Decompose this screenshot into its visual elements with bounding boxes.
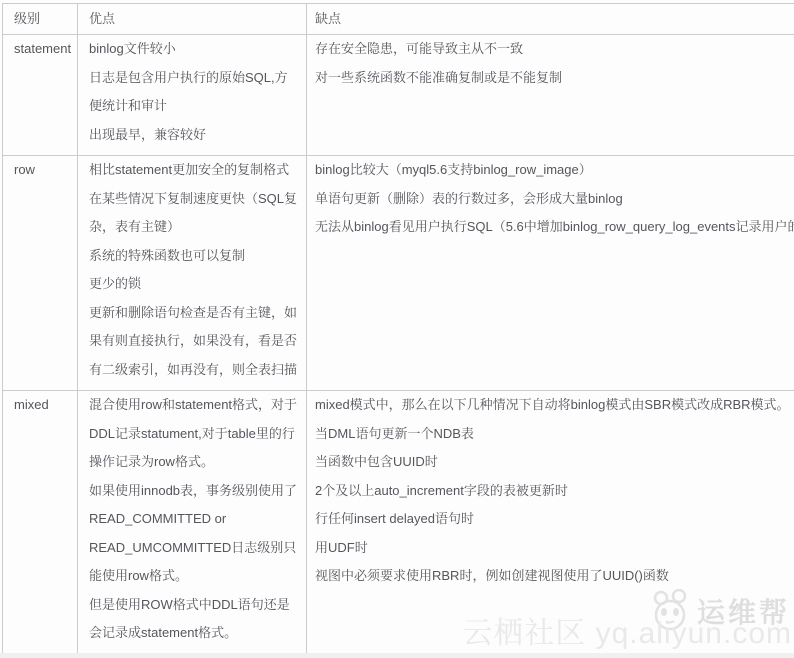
cell-line: 单语句更新（删除）表的行数过多，会形成大量binlog: [315, 185, 794, 214]
binlog-format-table: 级别 优点 缺点 statement binlog文件较小日志是包含用户执行的原…: [2, 3, 794, 655]
header-cons: 缺点: [307, 4, 794, 34]
level-cell: statement: [3, 35, 78, 155]
cell-line: 在某些情况下复制速度更快（SQL复杂，表有主键）: [89, 185, 300, 242]
cell-line: 日志是包含用户执行的原始SQL,方便统计和审计: [89, 64, 300, 121]
cell-line: 存在安全隐患，可能导致主从不一致: [315, 35, 794, 64]
cell-line: mixed模式中，那么在以下几种情况下自动将binlog模式由SBR模式改成RB…: [315, 391, 794, 420]
cell-line: 2个及以上auto_increment字段的表被更新时: [315, 477, 794, 506]
cell-line: binlog文件较小: [89, 35, 300, 64]
cell-line: 用UDF时: [315, 534, 794, 563]
cell-line: 但是使用ROW格式中DDL语句还是会记录成statement格式。: [89, 591, 300, 648]
cell-line: 视图中必须要求使用RBR时，例如创建视图使用了UUID()函数: [315, 562, 794, 591]
level-cell: row: [3, 156, 78, 390]
table-body: statement binlog文件较小日志是包含用户执行的原始SQL,方便统计…: [3, 35, 794, 655]
bottom-strip: [0, 653, 794, 658]
cons-cell: binlog比较大（myql5.6支持binlog_row_image）单语句更…: [307, 156, 794, 390]
header-level: 级别: [3, 4, 78, 34]
pros-cell: 相比statement更加安全的复制格式在某些情况下复制速度更快（SQL复杂，表…: [78, 156, 307, 390]
cell-line: 对一些系统函数不能准确复制或是不能复制: [315, 64, 794, 93]
watermark-site-text: 云栖社区 yq.aliyun.com: [462, 608, 792, 652]
cell-line: 当DML语句更新一个NDB表: [315, 420, 794, 449]
pros-cell: binlog文件较小日志是包含用户执行的原始SQL,方便统计和审计出现最早，兼容…: [78, 35, 307, 155]
cell-line: 如果使用innodb表，事务级别使用了READ_COMMITTED or REA…: [89, 477, 300, 591]
table-row: statement binlog文件较小日志是包含用户执行的原始SQL,方便统计…: [3, 35, 794, 156]
table-row: row 相比statement更加安全的复制格式在某些情况下复制速度更快（SQL…: [3, 156, 794, 391]
cell-line: 当函数中包含UUID时: [315, 448, 794, 477]
cell-line: 更少的锁: [89, 270, 300, 299]
cons-cell: 存在安全隐患，可能导致主从不一致对一些系统函数不能准确复制或是不能复制: [307, 35, 794, 155]
cell-line: 行任何insert delayed语句时: [315, 505, 794, 534]
cell-line: 混合使用row和statement格式，对于DDL记录statument,对于t…: [89, 391, 300, 477]
cell-line: binlog比较大（myql5.6支持binlog_row_image）: [315, 156, 794, 185]
header-pros: 优点: [78, 4, 307, 34]
cell-line: 出现最早，兼容较好: [89, 121, 300, 150]
cell-line: 更新和删除语句检查是否有主键，如果有则直接执行，如果没有，看是否有二级索引，如再…: [89, 299, 300, 385]
pros-cell: 混合使用row和statement格式，对于DDL记录statument,对于t…: [78, 391, 307, 654]
level-cell: mixed: [3, 391, 78, 654]
cell-line: 无法从binlog看见用户执行SQL（5.6中增加binlog_row_quer…: [315, 213, 794, 242]
binlog-comparison-page: 级别 优点 缺点 statement binlog文件较小日志是包含用户执行的原…: [0, 0, 794, 658]
cell-line: 系统的特殊函数也可以复制: [89, 242, 300, 271]
table-header-row: 级别 优点 缺点: [3, 4, 794, 35]
cell-line: 相比statement更加安全的复制格式: [89, 156, 300, 185]
